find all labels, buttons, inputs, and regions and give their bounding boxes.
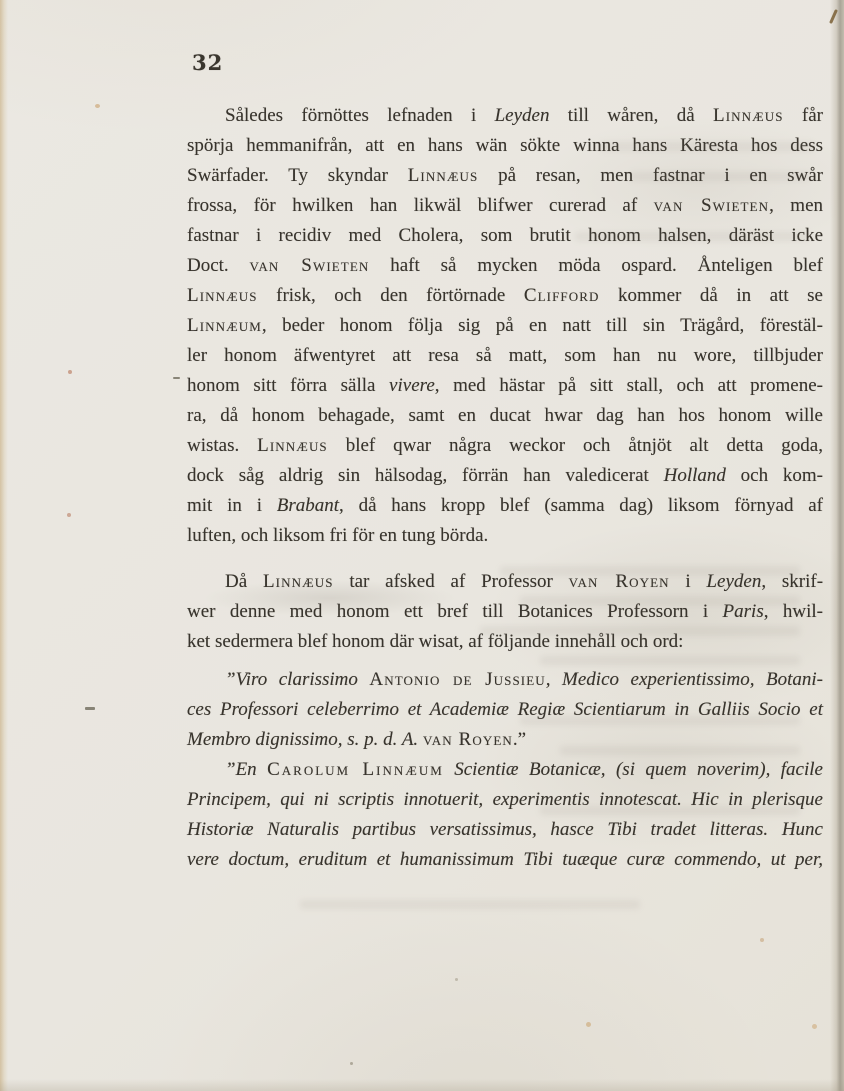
- name-smallcaps: van Swieten: [250, 255, 370, 276]
- name-smallcaps: Linnæum: [187, 315, 262, 336]
- text-line: Då Linnæus tar afsked af Professor van R…: [187, 567, 823, 597]
- text-line: Swärfader. Ty skyndar Linnæus på resan, …: [187, 161, 823, 191]
- text-segment: och kom-: [726, 465, 823, 486]
- paragraph: ”En Carolum Linnæum Scientiæ Botanicæ, (…: [187, 755, 823, 875]
- stain-artifact: [455, 978, 458, 981]
- stain-artifact: [812, 1024, 817, 1029]
- text-segment: Leyden: [495, 105, 550, 126]
- text-segment: blef qwar några weckor och åtnjöt alt de…: [328, 435, 823, 456]
- text-segment: spörja hemmanifrån, att en hans wän sökt…: [187, 135, 823, 156]
- text-line: Principem, qui ni scriptis innotuerit, e…: [187, 785, 823, 815]
- text-line: ”En Carolum Linnæum Scientiæ Botanicæ, (…: [187, 755, 823, 785]
- text-segment: på resan, men fastnar i en swår: [478, 165, 823, 186]
- text-segment: ces Professori celeberrimo et Academiæ R…: [187, 699, 823, 720]
- name-smallcaps: van Royen: [423, 729, 513, 750]
- stain-artifact: [586, 1022, 591, 1027]
- text-segment: fastnar i recidiv med Cholera, som bruti…: [187, 225, 823, 246]
- paragraph: Då Linnæus tar afsked af Professor van R…: [187, 567, 823, 657]
- text-line: ler honom äfwentyret att resa så matt, s…: [187, 341, 823, 371]
- text-segment: ket sedermera blef honom där wisat, af f…: [187, 631, 683, 652]
- text-segment: Leyden: [706, 571, 761, 592]
- name-smallcaps: Linnæus: [257, 435, 328, 456]
- name-smallcaps: van Royen: [569, 571, 670, 592]
- page-number: 32: [192, 50, 223, 75]
- page-edge-left: [0, 0, 8, 1091]
- text-segment: tar afsked af Professor: [334, 571, 569, 592]
- text-segment: Paris: [723, 601, 764, 622]
- margin-mark-artifact: [85, 707, 95, 710]
- showthrough-artifact: [300, 900, 640, 909]
- text-segment: frisk, och den förtörnade: [258, 285, 524, 306]
- text-line: Linnæum, beder honom följa sig på en nat…: [187, 311, 823, 341]
- page-text: Således förnöttes lefnaden i Leyden till…: [187, 101, 823, 875]
- text-segment: till wåren, då: [549, 105, 713, 126]
- text-line: luften, och liksom fri för en tung börda…: [187, 521, 823, 551]
- margin-mark-artifact: [173, 377, 180, 379]
- text-segment: luften, och liksom fri för en tung börda…: [187, 525, 488, 546]
- text-segment: Brabant: [277, 495, 339, 516]
- text-segment: vivere: [389, 375, 435, 396]
- text-line: frossa, för hwilken han likwäl blifwer c…: [187, 191, 823, 221]
- text-segment: Membro dignissimo, s. p. d. A.: [187, 729, 423, 750]
- name-smallcaps: Linnæus: [263, 571, 334, 592]
- text-line: mit in i Brabant, då hans kropp blef (sa…: [187, 491, 823, 521]
- text-segment: , med hästar på sitt stall, och att prom…: [435, 375, 823, 396]
- text-segment: vere doctum, eruditum et humanissimum Ti…: [187, 849, 823, 870]
- page-edge-right: [830, 0, 844, 1091]
- text-line: ket sedermera blef honom där wisat, af f…: [187, 627, 823, 657]
- text-segment: ”Viro clarissimo: [225, 669, 369, 690]
- text-line: vere doctum, eruditum et humanissimum Ti…: [187, 845, 823, 875]
- text-segment: Historiæ Naturalis partibus versatissimu…: [187, 819, 823, 840]
- text-segment: ra, då honom behagade, samt en ducat hwa…: [187, 405, 823, 426]
- name-smallcaps: Linnæus: [187, 285, 258, 306]
- name-smallcaps: Linnæus: [408, 165, 479, 186]
- text-segment: Holland: [664, 465, 726, 486]
- text-line: honom sitt förra sälla vivere, med hästa…: [187, 371, 823, 401]
- text-line: wer denne med honom ett bref till Botani…: [187, 597, 823, 627]
- text-line: Membro dignissimo, s. p. d. A. van Royen…: [187, 725, 823, 755]
- text-segment: Principem, qui ni scriptis innotuerit, e…: [187, 789, 823, 810]
- stain-artifact: [760, 938, 764, 942]
- text-line: Linnæus frisk, och den förtörnade Cliffo…: [187, 281, 823, 311]
- text-segment: , beder honom följa sig på en natt till …: [262, 315, 823, 336]
- name-smallcaps: Carolum Linnæum: [267, 759, 444, 780]
- text-segment: Swärfader. Ty skyndar: [187, 165, 408, 186]
- text-line: ces Professori celeberrimo et Academiæ R…: [187, 695, 823, 725]
- text-line: Historiæ Naturalis partibus versatissimu…: [187, 815, 823, 845]
- name-smallcaps: Clifford: [524, 285, 600, 306]
- name-smallcaps: Antonio de Jussieu: [369, 669, 545, 690]
- text-segment: frossa, för hwilken han likwäl blifwer c…: [187, 195, 654, 216]
- text-segment: i: [670, 571, 707, 592]
- paragraph: ”Viro clarissimo Antonio de Jussieu, Med…: [187, 665, 823, 755]
- text-segment: wistas.: [187, 435, 257, 456]
- text-segment: Scientiæ Botanicæ, (si quem noverim), fa…: [444, 759, 823, 780]
- text-segment: , men: [769, 195, 823, 216]
- book-page: 32 Således förnöttes lefnaden i Leyden t…: [0, 0, 844, 1091]
- text-segment: wer denne med honom ett bref till Botani…: [187, 601, 723, 622]
- text-line: ra, då honom behagade, samt en ducat hwa…: [187, 401, 823, 431]
- stain-artifact: [350, 1062, 353, 1065]
- text-segment: , Medico experientissimo, Botani-: [546, 669, 823, 690]
- text-segment: Således förnöttes lefnaden i: [225, 105, 495, 126]
- text-line: fastnar i recidiv med Cholera, som bruti…: [187, 221, 823, 251]
- text-segment: Då: [225, 571, 263, 592]
- stain-artifact: [67, 513, 71, 517]
- name-smallcaps: Linnæus: [713, 105, 784, 126]
- text-segment: .”: [513, 729, 526, 750]
- text-segment: ”En: [225, 759, 267, 780]
- text-segment: honom sitt förra sälla: [187, 375, 389, 396]
- text-line: spörja hemmanifrån, att en hans wän sökt…: [187, 131, 823, 161]
- text-segment: får: [784, 105, 823, 126]
- stain-artifact: [68, 370, 72, 374]
- text-line: dock såg aldrig sin hälsodag, förrän han…: [187, 461, 823, 491]
- stain-artifact: [95, 104, 100, 108]
- text-line: Doct. van Swieten haft så mycken möda os…: [187, 251, 823, 281]
- page-edge-bottom: [0, 1079, 844, 1091]
- paragraph: Således förnöttes lefnaden i Leyden till…: [187, 101, 823, 551]
- text-segment: , skrif-: [761, 571, 823, 592]
- text-segment: dock såg aldrig sin hälsodag, förrän han…: [187, 465, 664, 486]
- text-segment: Doct.: [187, 255, 250, 276]
- text-segment: kommer då in att se: [599, 285, 823, 306]
- text-line: Således förnöttes lefnaden i Leyden till…: [187, 101, 823, 131]
- text-line: ”Viro clarissimo Antonio de Jussieu, Med…: [187, 665, 823, 695]
- text-segment: , då hans kropp blef (samma dag) liksom …: [339, 495, 823, 516]
- name-smallcaps: van Swieten: [654, 195, 769, 216]
- text-line: wistas. Linnæus blef qwar några weckor o…: [187, 431, 823, 461]
- text-segment: mit in i: [187, 495, 277, 516]
- text-segment: haft så mycken möda ospard. Ånteligen bl…: [369, 255, 823, 276]
- text-segment: ler honom äfwentyret att resa så matt, s…: [187, 345, 823, 366]
- text-segment: , hwil-: [764, 601, 823, 622]
